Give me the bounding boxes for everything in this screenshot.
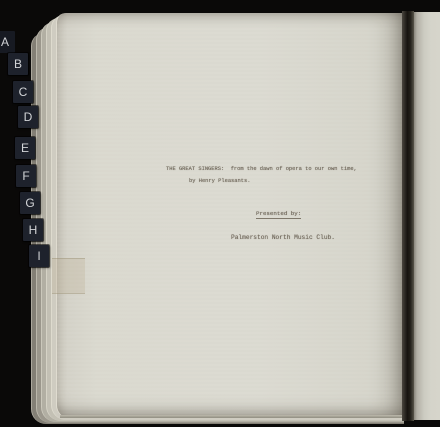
index-tab-i: I	[29, 245, 49, 267]
page-title-line2: by Henry Pleasants.	[189, 178, 250, 184]
index-tab-b: B	[8, 53, 28, 75]
paper-texture	[57, 13, 405, 418]
index-tab-g: G	[20, 192, 40, 214]
book-photo: A B C D E F G H I THE GREAT SINGERS: fro…	[0, 0, 440, 427]
index-tab-e: E	[15, 137, 35, 159]
index-tab-d: D	[18, 106, 38, 128]
left-page	[56, 13, 405, 418]
presented-by-label: Presented by:	[256, 210, 301, 219]
tape-remnant	[52, 258, 85, 294]
presenter-name: Palmerston North Music Club.	[231, 234, 335, 241]
book-gutter	[402, 11, 414, 421]
page-bottom-edge	[60, 415, 404, 418]
index-tab-a: A	[0, 31, 15, 53]
index-tab-f: F	[16, 165, 36, 187]
page-title-line1: THE GREAT SINGERS: from the dawn of oper…	[166, 166, 357, 172]
index-tab-c: C	[13, 81, 33, 103]
right-page-sliver	[413, 12, 440, 420]
index-tab-h: H	[23, 219, 43, 241]
